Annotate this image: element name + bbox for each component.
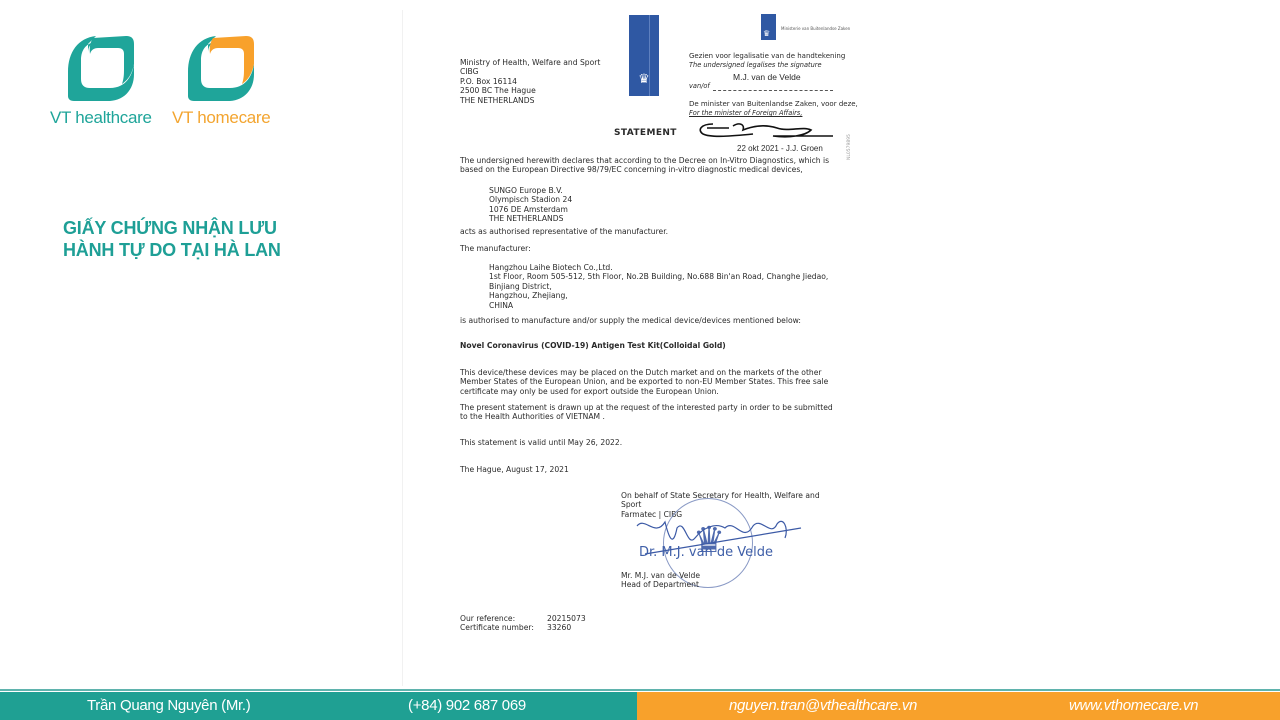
free-sale-certificate-document: Ministry of Health, Welfare and Sport CI… xyxy=(402,10,862,686)
ministry-address: Ministry of Health, Welfare and Sport CI… xyxy=(460,58,600,105)
slide-title-line-2: HÀNH TỰ DO TẠI HÀ LAN xyxy=(63,239,281,261)
government-emblem-band: ♛ xyxy=(629,15,659,96)
certificate-number-label: Certificate number: xyxy=(460,623,534,632)
address-line: Binjiang District, xyxy=(489,282,828,291)
address-line: Olympisch Stadion 24 xyxy=(489,195,572,204)
contact-footer: Trần Quang Nguyên (Mr.) (+84) 902 687 06… xyxy=(0,692,1280,720)
contact-name: Trần Quang Nguyên (Mr.) xyxy=(87,692,250,720)
reference-value: 20215073 xyxy=(547,614,586,623)
royal-crest-icon: ♛ xyxy=(763,29,770,38)
manufacturer-address: Hangzhou Laihe Biotech Co.,Ltd. 1st Floo… xyxy=(489,263,828,310)
van-of-label: van/of xyxy=(689,82,710,91)
footer-orange-section: nguyen.tran@vthealthcare.vn www.vthomeca… xyxy=(637,692,1280,720)
legalisation-text-en: The undersigned legalises the signature xyxy=(689,61,822,70)
footer-teal-section: Trần Quang Nguyên (Mr.) (+84) 902 687 06… xyxy=(0,692,637,720)
minister-text-nl: De minister van Buitenlandse Zaken, voor… xyxy=(689,100,858,109)
place-date: The Hague, August 17, 2021 xyxy=(460,465,569,474)
reference-values: 20215073 33260 xyxy=(547,614,586,633)
text-line: The undersigned herewith declares that a… xyxy=(460,156,829,165)
royal-crest-icon: ♛ xyxy=(633,72,655,88)
reference-labels: Our reference: Certificate number: xyxy=(460,614,534,633)
vt-homecare-logo: VT homecare xyxy=(172,34,270,128)
vt-homecare-logo-icon xyxy=(186,34,256,102)
address-line: 1st Floor, Room 505-512, 5th Floor, No.2… xyxy=(489,272,828,281)
contact-email-link[interactable]: nguyen.tran@vthealthcare.vn xyxy=(729,692,917,720)
vt-healthcare-wordmark: VT healthcare xyxy=(50,108,152,128)
address-line: Ministry of Health, Welfare and Sport xyxy=(460,58,600,67)
address-line: Hangzhou, Zhejiang, xyxy=(489,291,828,300)
footer-divider xyxy=(0,689,1280,691)
website-link[interactable]: www.vthomecare.vn xyxy=(1069,692,1198,720)
legalised-signer-name: M.J. van de Velde xyxy=(733,73,801,82)
vt-healthcare-logo: VT healthcare xyxy=(50,34,152,128)
legalisation-date: 22 okt 2021 - J.J. Groen xyxy=(737,144,823,153)
legalisation-text-nl: Gezien voor legalisatie van de handteken… xyxy=(689,52,845,61)
text-line: certificate may only be used for export … xyxy=(460,387,828,396)
address-line: CIBG xyxy=(460,67,600,76)
address-line: P.O. Box 16114 xyxy=(460,77,600,86)
slide-title: GIẤY CHỨNG NHẬN LƯU HÀNH TỰ DO TẠI HÀ LA… xyxy=(63,217,281,261)
address-line: CHINA xyxy=(489,301,828,310)
acts-as-text: acts as authorised representative of the… xyxy=(460,227,668,236)
groen-signature-icon xyxy=(693,118,833,140)
foreign-affairs-header: Ministerie van Buitenlandse Zaken xyxy=(781,24,850,33)
text-line: The present statement is drawn up at the… xyxy=(460,403,833,412)
foreign-affairs-emblem-band: ♛ xyxy=(761,14,776,40)
reference-label: Our reference: xyxy=(460,614,534,623)
market-paragraph: This device/these devices may be placed … xyxy=(460,368,828,396)
address-line: THE NETHERLANDS xyxy=(460,96,600,105)
slide-title-line-1: GIẤY CHỨNG NHẬN LƯU xyxy=(63,217,281,239)
text-line: to the Health Authorities of VIETNAM . xyxy=(460,412,833,421)
authorisation-text: is authorised to manufacture and/or supp… xyxy=(460,316,801,325)
declaration-paragraph: The undersigned herewith declares that a… xyxy=(460,156,829,175)
text-line: This device/these devices may be placed … xyxy=(460,368,828,377)
legalisation-stamp: ♛ Ministerie van Buitenlandse Zaken Gezi… xyxy=(687,10,863,160)
statement-title: STATEMENT xyxy=(614,129,677,138)
address-line: 1076 DE Amsterdam xyxy=(489,205,572,214)
signer-block: Mr. M.J. van de Velde Head of Department xyxy=(621,571,700,590)
contact-phone[interactable]: (+84) 902 687 069 xyxy=(408,692,526,720)
stamp-name: Dr. M.J. van de Velde xyxy=(639,548,773,557)
present-statement-paragraph: The present statement is drawn up at the… xyxy=(460,403,833,422)
text-line: Member States of the European Union, and… xyxy=(460,377,828,386)
dashed-line xyxy=(713,90,833,91)
address-line: THE NETHERLANDS xyxy=(489,214,572,223)
manufacturer-label: The manufacturer: xyxy=(460,244,531,253)
signer-name: Mr. M.J. van de Velde xyxy=(621,571,700,580)
certificate-number-value: 33260 xyxy=(547,623,586,632)
address-line: 2500 BC The Hague xyxy=(460,86,600,95)
vt-homecare-wordmark: VT homecare xyxy=(172,108,270,128)
address-line: Hangzhou Laihe Biotech Co.,Ltd. xyxy=(489,263,828,272)
validity-text: This statement is valid until May 26, 20… xyxy=(460,438,622,447)
device-name: Novel Coronavirus (COVID-19) Antigen Tes… xyxy=(460,341,726,350)
text-line: based on the European Directive 98/79/EC… xyxy=(460,165,829,174)
representative-address: SUNGO Europe B.V. Olympisch Stadion 24 1… xyxy=(489,186,572,224)
vt-healthcare-logo-icon xyxy=(66,34,136,102)
signer-title: Head of Department xyxy=(621,580,700,589)
legalisation-code: NL0579895 xyxy=(845,134,854,160)
address-line: SUNGO Europe B.V. xyxy=(489,186,572,195)
minister-text-en: For the minister of Foreign Affairs, xyxy=(689,109,802,118)
